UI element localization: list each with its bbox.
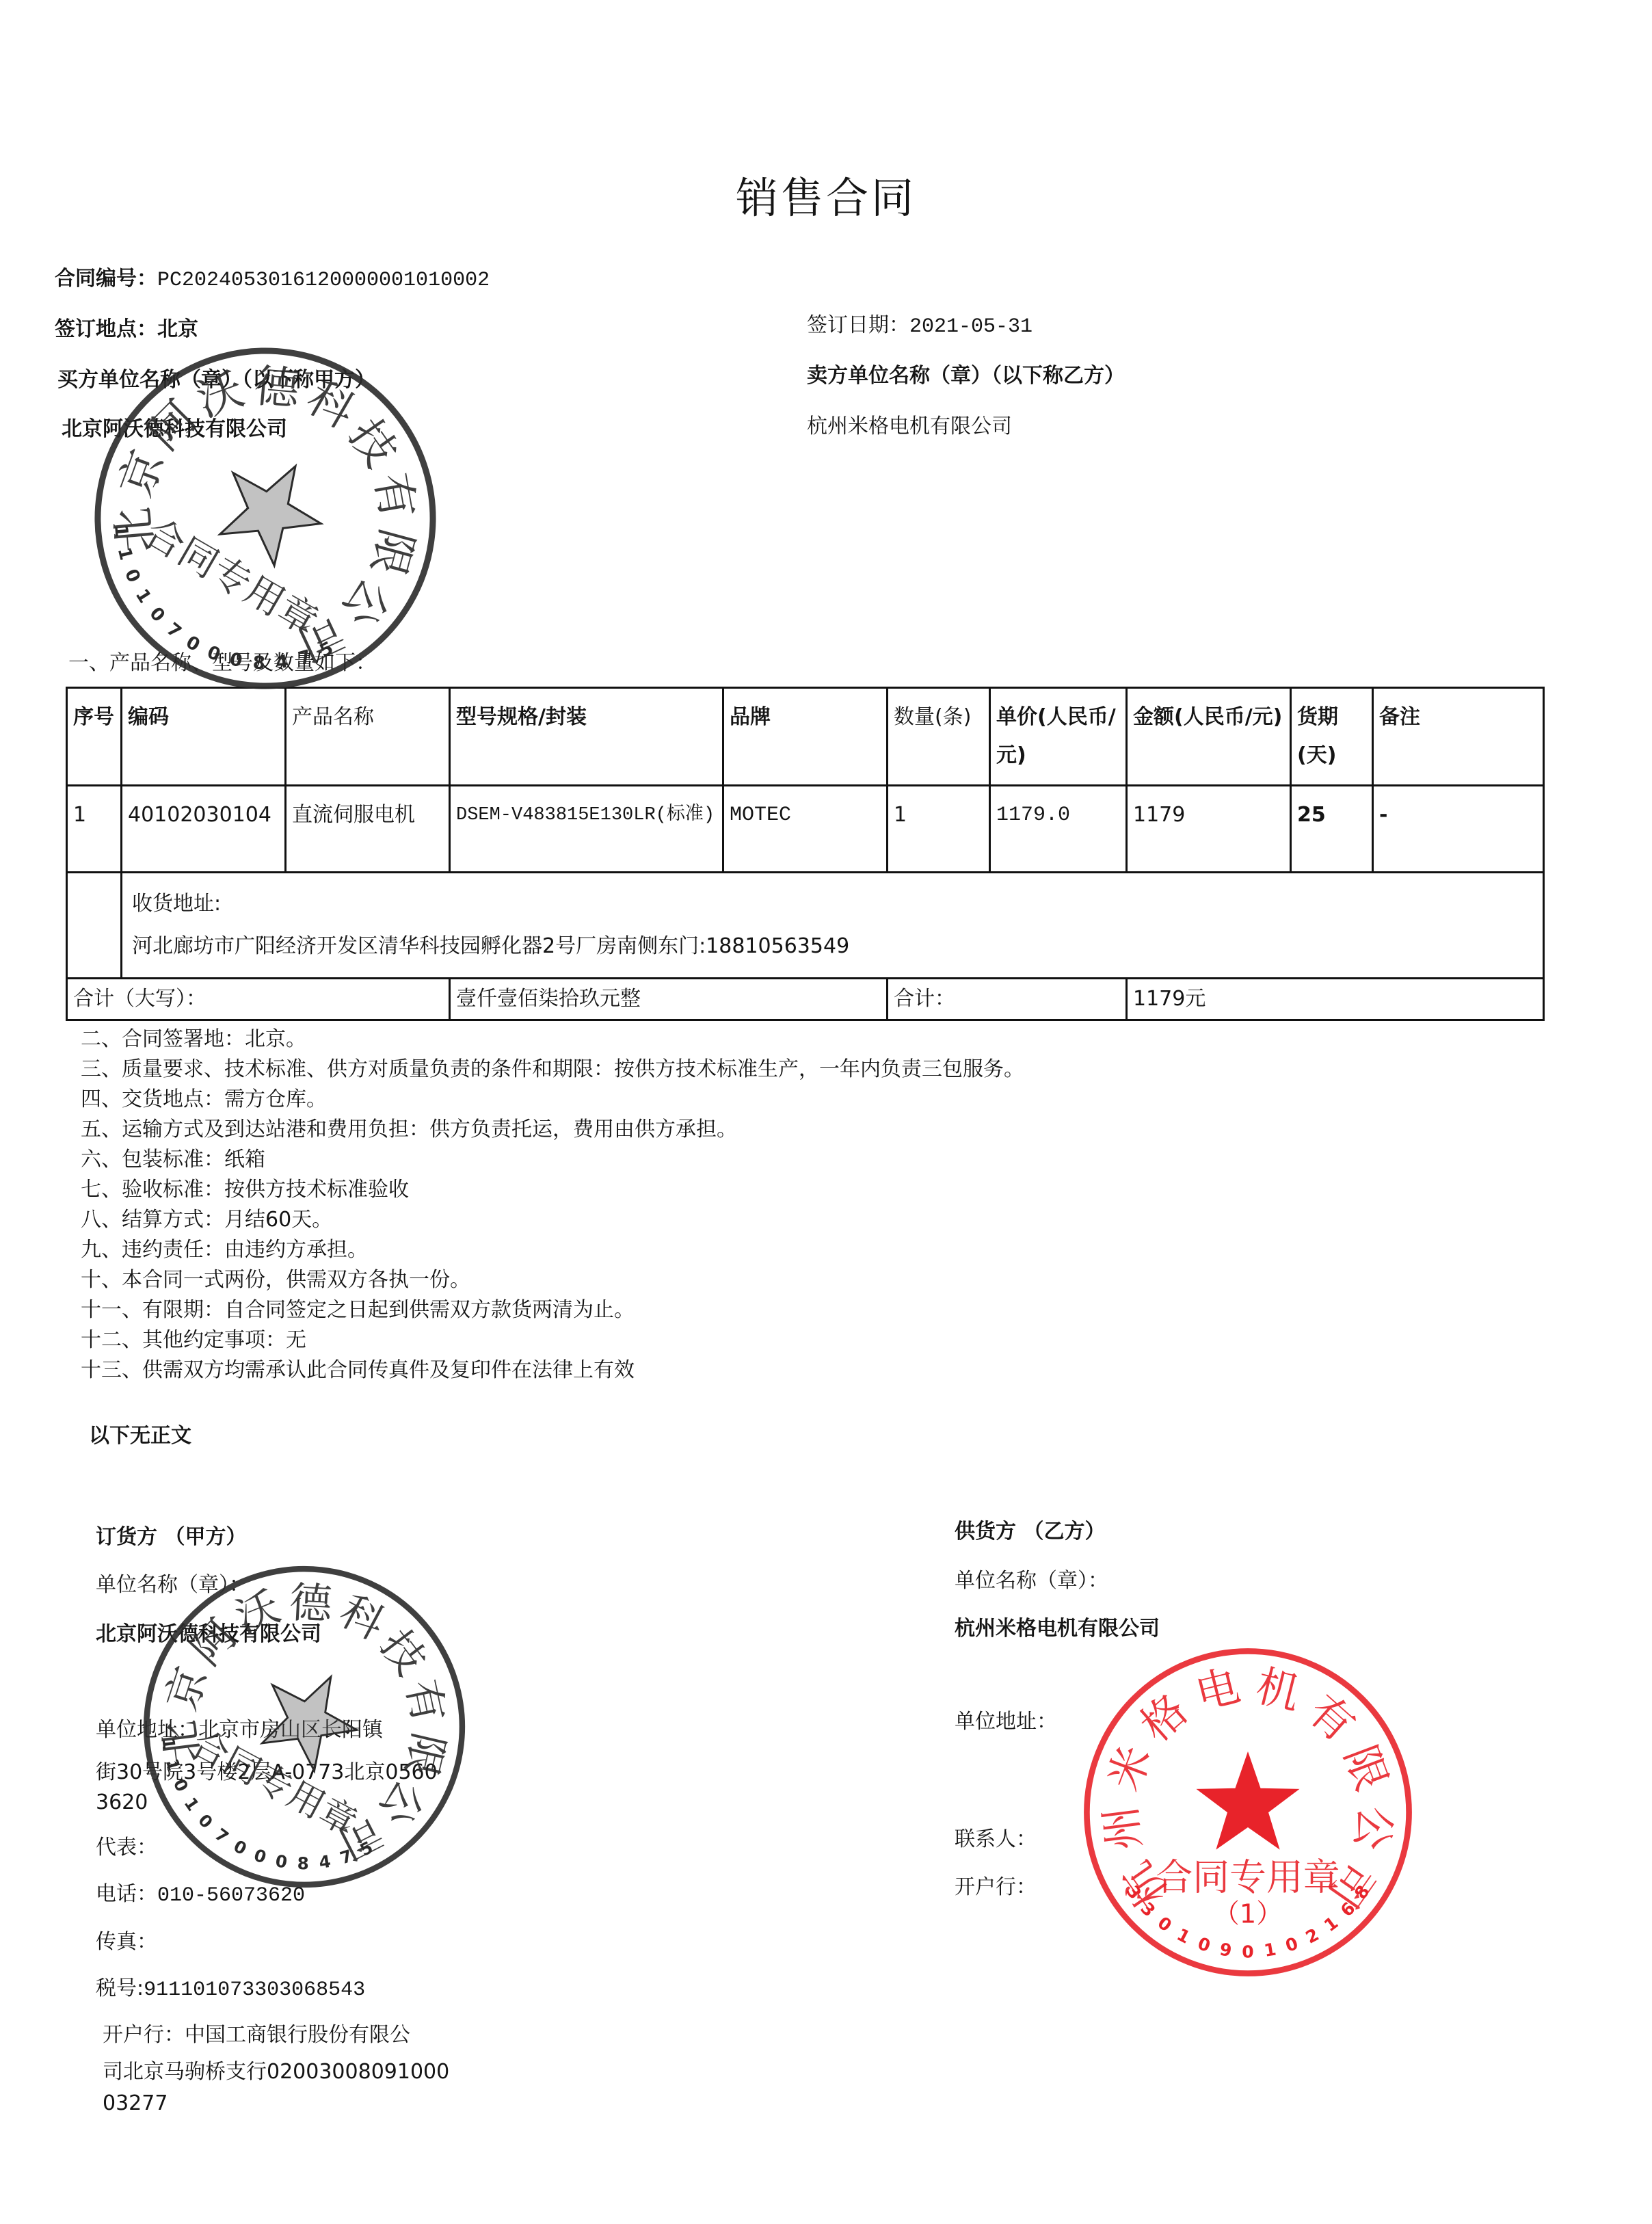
svg-text:技: 技 [371,1620,436,1684]
svg-text:4: 4 [317,1851,332,1872]
buyer-address-line2: 街30号院3号楼2层A-0773北京0560 [96,1755,438,1785]
clause-11: 十一、有限期：自合同签定之日起到供需双方款货两清为止。 [81,1295,1024,1325]
svg-text:公: 公 [331,568,400,637]
table-row: 1 40102030104 直流伺服电机 DSEM-V483815E130LR(… [67,786,1544,873]
header-brand: 品牌 [723,688,888,786]
svg-text:0: 0 [1283,1933,1301,1956]
seller-block-heading: 供货方 （乙方） [955,1514,1105,1544]
svg-text:0: 0 [1242,1942,1253,1961]
address-label: 收货地址: [132,883,1537,925]
svg-text:0: 0 [120,566,144,585]
buyer-name: 北京阿沃德科技有限公司 [62,412,287,442]
svg-text:电: 电 [1190,1660,1244,1719]
svg-text:格: 格 [1131,1684,1197,1751]
svg-text:司: 司 [330,1805,391,1869]
sign-place-label: 签订地点： [55,317,157,341]
contract-number-value: PC2024053016120000001010002 [157,269,490,292]
section-heading-products: 一、产品名称、型号及数量如下： [68,646,376,676]
buyer-block-name: 北京阿沃德科技有限公司 [96,1617,321,1647]
clause-6: 六、包装标准：纸箱 [81,1145,1024,1175]
sign-place: 签订地点：北京 [55,312,198,342]
cell-product-name: 直流伺服电机 [286,786,450,873]
table-header-row: 序号 编码 产品名称 型号规格/封装 品牌 数量(条) 单价(人民币/元) 金额… [67,688,1544,786]
svg-text:州: 州 [1095,1803,1150,1853]
buyer-phone: 电话：010-56073620 [96,1877,305,1907]
svg-text:技: 技 [338,410,408,477]
svg-text:科: 科 [332,1585,392,1650]
clause-3: 三、质量要求、技术标准、供方对质量负责的条件和期限：按供方技术标准生产，一年内负… [81,1055,1024,1085]
clause-12: 十二、其他约定事项：无 [81,1325,1024,1355]
seller-block-name: 杭州米格电机有限公司 [955,1611,1160,1641]
svg-text:米: 米 [1098,1738,1161,1797]
total-label: 合计： [888,979,1127,1020]
svg-text:公: 公 [1345,1803,1400,1853]
buyer-phone-label: 电话： [96,1882,157,1906]
svg-text:机: 机 [1251,1660,1305,1719]
buyer-company-seal: 北京阿沃德科技有限公司合同专用章1101070008475 [88,341,443,696]
svg-text:1: 1 [1173,1924,1193,1948]
header-model: 型号规格/封装 [450,688,723,786]
svg-text:7: 7 [163,619,185,643]
buyer-tax-label: 税号: [96,1976,144,2000]
svg-text:3: 3 [1136,1898,1159,1921]
buyer-tax-value: 91110107330306854​3 [144,1978,365,2002]
svg-text:0: 0 [252,1845,269,1868]
svg-text:9: 9 [1218,1940,1234,1961]
svg-text:杭: 杭 [1111,1853,1177,1917]
buyer-fax-label: 传真： [96,1924,157,1955]
svg-text:1: 1 [114,545,137,562]
buyer-address-line3: 3620 [96,1790,148,1814]
header-code: 编码 [122,688,286,786]
svg-text:6: 6 [1337,1898,1359,1921]
contract-clauses: 二、合同签署地：北京。 三、质量要求、技术标准、供方对质量负责的条件和期限：按供… [81,1024,1024,1386]
svg-text:1: 1 [131,585,155,607]
sign-place-value: 北京 [157,317,198,341]
svg-text:3: 3 [1122,1881,1145,1903]
document-title: 销售合同 [0,164,1652,225]
buyer-bank-line1: 中国工商银行股份有限公 [185,2023,410,2047]
clause-5: 五、运输方式及到达站港和费用负担：供方负责托运，费用由供方承担。 [81,1115,1024,1145]
svg-text:0: 0 [145,603,168,626]
svg-text:合同专用章: 合同专用章 [137,510,325,644]
clause-7: 七、验收标准：按供方技术标准验收 [81,1175,1024,1205]
cell-unit-price: 1179.0 [990,786,1127,873]
buyer-block-address: 单位地址：北京市房山区长阳镇 [96,1712,383,1743]
contract-number: 合同编号：PC2024053016120000001010002 [55,261,490,292]
total-value: 1179元 [1127,979,1544,1020]
svg-text:7: 7 [338,1846,355,1868]
svg-text:8: 8 [1350,1881,1374,1903]
header-product-name: 产品名称 [286,688,450,786]
svg-text:合同专用章: 合同专用章 [1156,1855,1340,1898]
svg-text:0: 0 [1154,1913,1175,1936]
buyer-address-label: 单位地址： [96,1718,198,1742]
buyer-bank-label: 开户行： [103,2023,185,2047]
seller-heading: 卖方单位名称（章）（以下称乙方） [807,358,1125,388]
sign-date: 签订日期：2021-05-31 [807,308,1032,339]
total-upper-value: 壹仟壹佰柒拾玖元整 [450,979,888,1020]
seller-contact-label: 联系人： [955,1822,1037,1852]
cell-lead-time: 25 [1291,786,1373,873]
sign-date-label: 签订日期： [807,313,909,337]
seller-company-seal: 杭州米格电机有限公司合同专用章（1）3301090102168 [1077,1641,1419,1983]
clause-4: 四、交货地点：需方仓库。 [81,1085,1024,1115]
cell-index: 1 [67,786,122,873]
svg-text:京: 京 [157,1660,217,1717]
buyer-address-line1: 北京市房山区长阳镇 [198,1718,383,1742]
svg-text:0: 0 [274,1851,289,1872]
header-amount: 金额(人民币/元) [1127,688,1291,786]
header-remark: 备注 [1373,688,1544,786]
cell-model: DSEM-V483815E130LR(标准) [450,786,723,873]
svg-text:北: 北 [107,505,163,555]
svg-text:8: 8 [297,1853,309,1873]
buyer-bank: 开户行：中国工商银行股份有限公 [103,2017,410,2048]
clause-9: 九、违约责任：由违约方承担。 [81,1235,1024,1265]
clause-13: 十三、供需双方均需承认此合同传真件及复印件在法律上有效 [81,1355,1024,1386]
svg-text:0: 0 [230,1836,250,1859]
svg-text:（1）: （1） [1213,1899,1282,1930]
cell-code: 40102030104 [122,786,286,873]
seller-name: 杭州米格电机有限公司 [807,409,1012,439]
svg-text:有: 有 [364,468,424,522]
clause-8: 八、结算方式：月结60天。 [81,1205,1024,1235]
seller-bank-label: 开户行： [955,1870,1037,1900]
address-value: 河北廊坊市广阳经济开发区清华科技园孵化器2号厂房南侧东门:18810563549 [132,925,1537,968]
buyer-heading: 买方单位名称（章）（以下称甲方） [57,362,375,393]
cell-quantity: 1 [888,786,990,873]
clause-10: 十、本合同一式两份，供需双方各执一份。 [81,1265,1024,1295]
buyer-block-heading: 订货方 （甲方） [96,1520,246,1550]
clause-2: 二、合同签署地：北京。 [81,1024,1024,1055]
buyer-tax: 税号:91110107330306854​3 [96,1971,365,2002]
svg-text:限: 限 [1335,1738,1398,1797]
total-upper-label: 合计（大写）： [67,979,450,1020]
svg-text:1: 1 [181,1794,204,1814]
cell-amount: 1179 [1127,786,1291,873]
svg-text:京: 京 [109,443,174,503]
svg-text:1: 1 [1263,1940,1278,1961]
buyer-phone-value: 010-56073620 [157,1884,305,1907]
cell-remark: - [1373,786,1544,873]
seller-block-name-label: 单位名称（章）： [955,1563,1108,1593]
svg-text:5: 5 [357,1837,376,1860]
header-quantity: 数量(条) [888,688,990,786]
svg-text:1: 1 [110,524,131,538]
svg-text:司: 司 [1318,1853,1385,1917]
product-table: 序号 编码 产品名称 型号规格/封装 品牌 数量(条) 单价(人民币/元) 金额… [66,687,1545,1021]
buyer-bank-line2: 司北京马驹桥支行02003008091000 [103,2054,449,2084]
svg-text:0: 0 [194,1810,217,1832]
svg-text:2: 2 [1303,1924,1322,1948]
cell-brand: MOTEC [723,786,888,873]
sign-date-value: 2021-05-31 [909,315,1032,339]
header-lead-time: 货期(天) [1291,688,1373,786]
seller-address-label: 单位地址： [955,1704,1057,1734]
svg-text:有: 有 [397,1675,454,1727]
svg-text:0: 0 [1195,1933,1213,1956]
total-row: 合计（大写）： 壹仟壹佰柒拾玖元整 合计： 1179元 [67,979,1544,1020]
header-index: 序号 [67,688,122,786]
header-unit-price: 单价(人民币/元) [990,688,1127,786]
svg-text:7: 7 [211,1824,232,1846]
svg-text:有: 有 [1298,1684,1365,1751]
buyer-block-name-label: 单位名称（章）： [96,1567,250,1598]
svg-text:1: 1 [1320,1913,1342,1936]
buyer-rep-label: 代表： [96,1830,157,1860]
contract-number-label: 合同编号： [55,267,157,291]
end-note: 以下无正文 [89,1418,191,1448]
buyer-bank-line3: 03277 [103,2091,168,2115]
svg-text:限: 限 [361,524,423,581]
address-row: 收货地址: 河北廊坊市广阳经济开发区清华科技园孵化器2号厂房南侧东门:18810… [67,873,1544,979]
